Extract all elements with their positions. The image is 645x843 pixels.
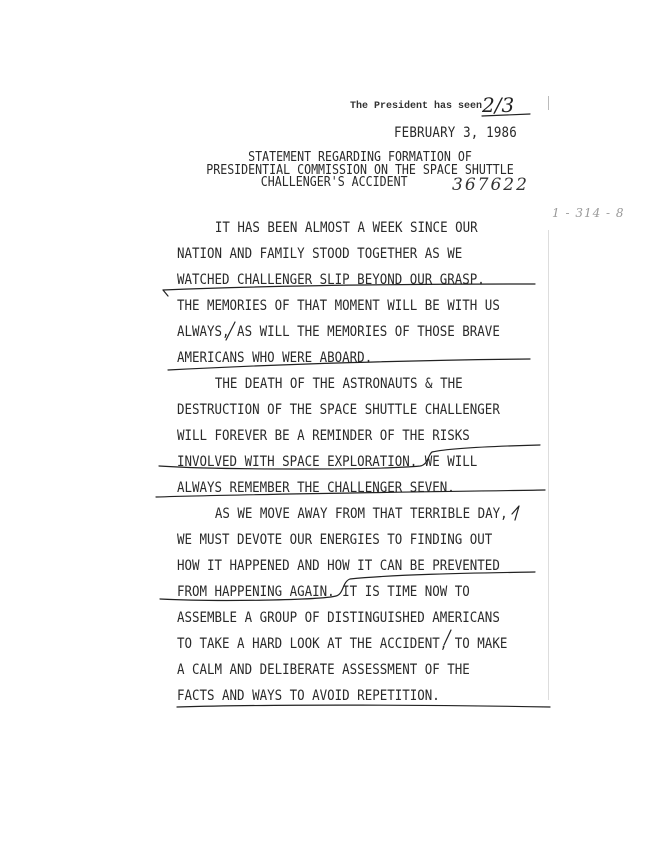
body-line: ALWAYS, AS WILL THE MEMORIES OF THOSE BR… <box>177 319 504 345</box>
body-line: WE MUST DEVOTE OUR ENERGIES TO FINDING O… <box>177 527 504 553</box>
body-line: WATCHED CHALLENGER SLIP BEYOND OUR GRASP… <box>177 267 504 293</box>
body-line: A CALM AND DELIBERATE ASSESSMENT OF THE <box>177 657 504 683</box>
president-seen-stamp: The President has seen <box>350 101 482 112</box>
body-line: AMERICANS WHO WERE ABOARD. <box>177 345 504 371</box>
body-line: TO TAKE A HARD LOOK AT THE ACCIDENT, TO … <box>177 631 504 657</box>
body-line: FACTS AND WAYS TO AVOID REPETITION. <box>177 683 504 709</box>
statement-body: IT HAS BEEN ALMOST A WEEK SINCE OUR NATI… <box>177 215 557 709</box>
body-line: HOW IT HAPPENED AND HOW IT CAN BE PREVEN… <box>177 553 504 579</box>
body-line: NATION AND FAMILY STOOD TOGETHER AS WE <box>177 241 504 267</box>
body-line: AS WE MOVE AWAY FROM THAT TERRIBLE DAY, <box>177 501 504 527</box>
page-edge-line <box>548 96 549 110</box>
document-page: The President has seen 2/3 FEBRUARY 3, 1… <box>0 0 645 843</box>
page-edge-line <box>548 230 549 700</box>
body-line: DESTRUCTION OF THE SPACE SHUTTLE CHALLEN… <box>177 397 504 423</box>
body-line: FROM HAPPENING AGAIN. IT IS TIME NOW TO <box>177 579 504 605</box>
handwritten-seen-date: 2/3 <box>482 93 514 117</box>
body-line: THE MEMORIES OF THAT MOMENT WILL BE WITH… <box>177 293 504 319</box>
margin-note: 1 - 314 - 8 <box>552 206 625 220</box>
body-line: ALWAYS REMEMBER THE CHALLENGER SEVEN. <box>177 475 504 501</box>
handwritten-document-number: 367622 <box>452 175 529 195</box>
document-date: FEBRUARY 3, 1986 <box>394 125 517 141</box>
body-line: ASSEMBLE A GROUP OF DISTINGUISHED AMERIC… <box>177 605 504 631</box>
body-line: THE DEATH OF THE ASTRONAUTS & THE <box>177 371 504 397</box>
body-line: WILL FOREVER BE A REMINDER OF THE RISKS <box>177 423 504 449</box>
body-line: INVOLVED WITH SPACE EXPLORATION. WE WILL <box>177 449 504 475</box>
body-line: IT HAS BEEN ALMOST A WEEK SINCE OUR <box>177 215 504 241</box>
